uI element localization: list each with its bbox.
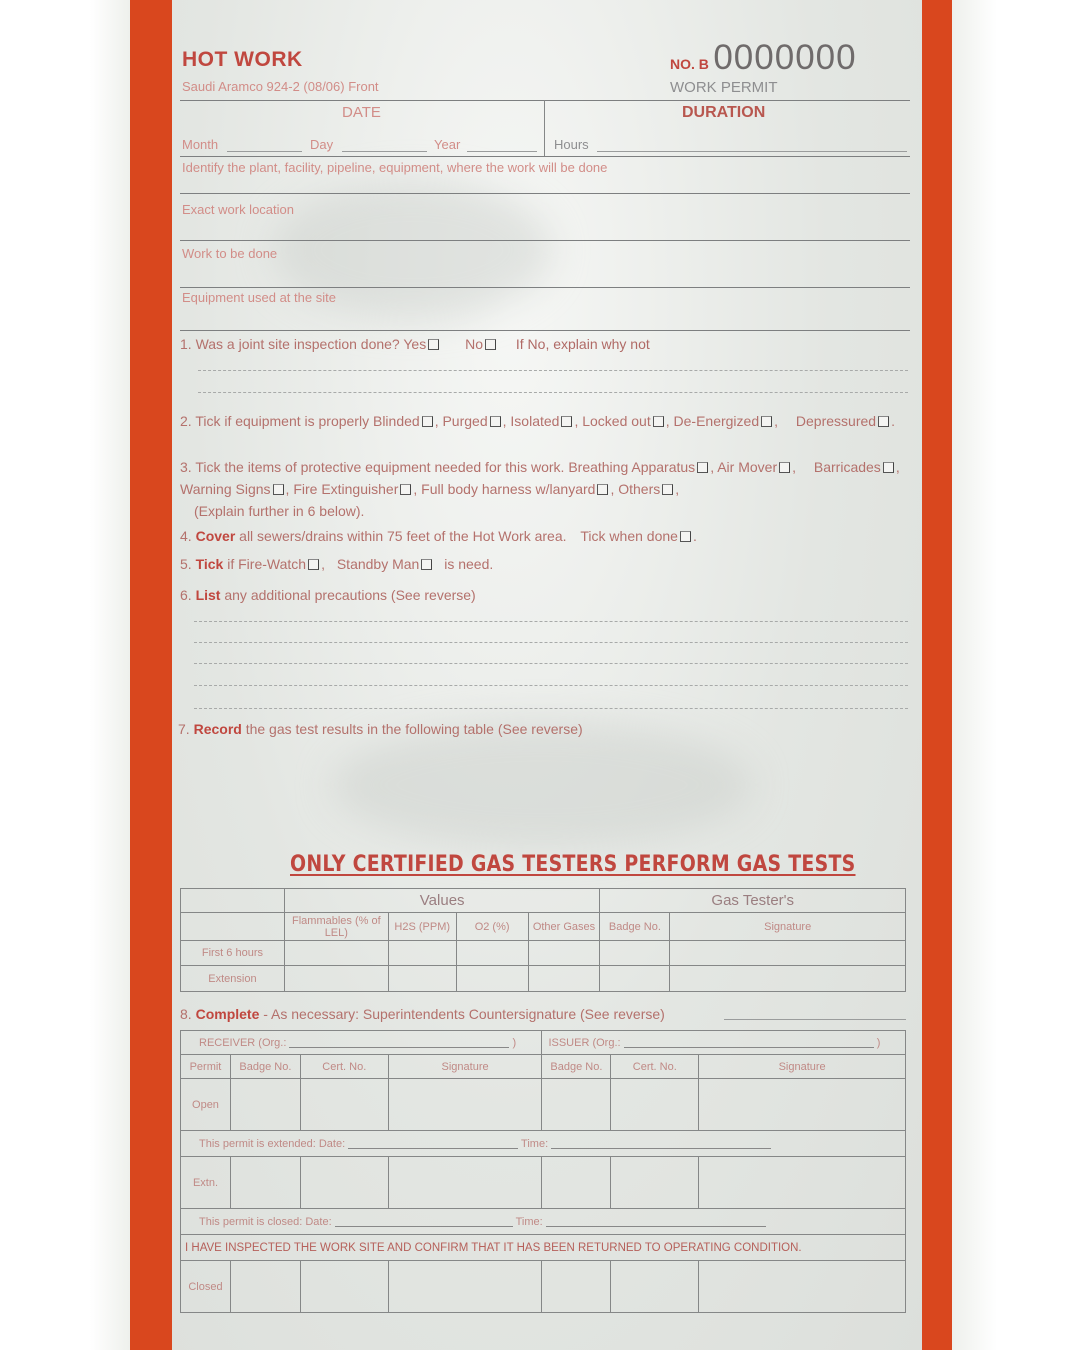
h2s-cell[interactable] xyxy=(388,966,456,992)
item-5-keyword: Tick xyxy=(196,556,224,572)
standby-man-label: Standby Man xyxy=(337,556,420,572)
extended-row: This permit is extended: Date: Time: xyxy=(181,1131,906,1157)
extended-time-field[interactable] xyxy=(551,1148,771,1149)
receiver-signature-cell[interactable] xyxy=(388,1079,542,1131)
receiver-signature-cell[interactable] xyxy=(388,1157,542,1209)
confirmation-statement: I HAVE INSPECTED THE WORK SITE AND CONFI… xyxy=(181,1235,906,1261)
air-mover-label: Air Mover xyxy=(717,459,777,475)
item-3: 3. Tick the items of protective equipmen… xyxy=(180,456,915,522)
barricades-label: Barricades xyxy=(814,456,881,478)
receiver-label: RECEIVER (Org.: xyxy=(199,1037,286,1049)
values-header: Values xyxy=(284,889,600,913)
paren: ) xyxy=(877,1037,881,1049)
blank-header xyxy=(181,889,285,913)
item-8-text: - As necessary: Superintendents Counters… xyxy=(263,1006,665,1022)
yes-checkbox[interactable] xyxy=(428,339,439,350)
paper-edge-left xyxy=(90,0,130,1350)
locked-out-label: Locked out xyxy=(582,413,651,429)
identify-instructions: Identify the plant, facility, pipeline, … xyxy=(182,160,607,175)
work-field[interactable] xyxy=(180,287,910,288)
item-8-keyword: Complete xyxy=(196,1006,260,1022)
flammables-cell[interactable] xyxy=(284,941,388,966)
item-8: 8. Complete - As necessary: Superintende… xyxy=(180,1003,665,1025)
item-1: 1. Was a joint site inspection done? Yes… xyxy=(180,333,650,355)
hours-label: Hours xyxy=(554,137,589,152)
harness-checkbox[interactable] xyxy=(597,484,608,495)
h2s-cell[interactable] xyxy=(388,941,456,966)
issuer-cert-cell[interactable] xyxy=(611,1079,699,1131)
item-2-text: 2. Tick if equipment is properly xyxy=(180,413,369,429)
issuer-signature-header: Signature xyxy=(699,1055,906,1079)
exact-location-label: Exact work location xyxy=(182,202,294,217)
issuer-badge-cell[interactable] xyxy=(542,1079,611,1131)
depressured-checkbox[interactable] xyxy=(878,416,889,427)
receiver-signature-cell[interactable] xyxy=(388,1261,542,1313)
explain-line[interactable] xyxy=(198,392,908,393)
divider xyxy=(544,100,545,156)
item-2: 2. Tick if equipment is properly Blinded… xyxy=(180,410,915,432)
issuer-signature-cell[interactable] xyxy=(699,1157,906,1209)
precautions-line[interactable] xyxy=(194,663,908,664)
permit-number-label: NO. B xyxy=(670,56,709,72)
tick-when-done-label: Tick when done xyxy=(580,528,678,544)
item-6-number: 6. xyxy=(180,587,192,603)
month-label: Month xyxy=(182,137,218,152)
permit-number-value: 0000000 xyxy=(713,38,856,77)
badge-header: Badge No. xyxy=(600,913,670,941)
fire-extinguisher-label: Fire Extinguisher xyxy=(293,481,398,497)
orange-border-left xyxy=(130,0,172,1350)
year-field[interactable] xyxy=(467,151,537,152)
countersignature-field[interactable] xyxy=(724,1019,906,1020)
divider xyxy=(180,156,910,157)
divider xyxy=(180,100,910,101)
work-label: Work to be done xyxy=(182,246,277,261)
receiver-badge-cell[interactable] xyxy=(230,1261,300,1313)
equipment-field[interactable] xyxy=(180,330,910,331)
others-checkbox[interactable] xyxy=(662,484,673,495)
others-label: Others xyxy=(618,481,660,497)
issuer-cert-cell[interactable] xyxy=(611,1157,699,1209)
hot-work-permit-form: HOT WORK Saudi Aramco 924-2 (08/06) Fron… xyxy=(172,0,922,1350)
row-label: Extn. xyxy=(181,1157,231,1209)
fire-watch-checkbox[interactable] xyxy=(308,559,319,570)
issuer-badge-cell[interactable] xyxy=(542,1261,611,1313)
item-5-number: 5. xyxy=(180,556,192,572)
item-4-keyword: Cover xyxy=(196,528,236,544)
item-4-number: 4. xyxy=(180,528,192,544)
no-checkbox[interactable] xyxy=(485,339,496,350)
year-label: Year xyxy=(434,137,460,152)
row-label: Extension xyxy=(181,966,285,992)
warning-signs-label: Warning Signs xyxy=(180,481,271,497)
receiver-org: RECEIVER (Org.: ) xyxy=(181,1031,542,1055)
warning-signs-checkbox[interactable] xyxy=(273,484,284,495)
item-4-text: all sewers/drains within 75 feet of the … xyxy=(239,528,566,544)
purged-checkbox[interactable] xyxy=(490,416,501,427)
permit-type: WORK PERMIT xyxy=(670,79,778,96)
badge-cell[interactable] xyxy=(600,966,670,992)
hours-field[interactable] xyxy=(597,151,907,152)
issuer-badge-header: Badge No. xyxy=(542,1055,611,1079)
receiver-cert-cell[interactable] xyxy=(300,1079,388,1131)
row-label: Open xyxy=(181,1079,231,1131)
signature-cell[interactable] xyxy=(670,941,906,966)
flammables-header: Flammables (% of LEL) xyxy=(284,913,388,941)
other-gases-cell[interactable] xyxy=(528,966,600,992)
item-3-text: 3. Tick the items of protective equipmen… xyxy=(180,459,564,475)
item-5-suffix: is need. xyxy=(444,556,493,572)
item-6-text: any additional precautions (See reverse) xyxy=(224,587,475,603)
receiver-signature-header: Signature xyxy=(388,1055,542,1079)
receiver-cert-header: Cert. No. xyxy=(300,1055,388,1079)
blinded-checkbox[interactable] xyxy=(422,416,433,427)
table-row: Closed xyxy=(181,1261,906,1313)
day-label: Day xyxy=(310,137,333,152)
divider xyxy=(180,193,910,194)
de-energized-checkbox[interactable] xyxy=(761,416,772,427)
issuer-signature-cell[interactable] xyxy=(699,1079,906,1131)
depressured-label: Depressured xyxy=(796,410,876,432)
closed-row: This permit is closed: Date: Time: xyxy=(181,1209,906,1235)
barricades-checkbox[interactable] xyxy=(883,462,894,473)
explain-label: If No, explain why not xyxy=(516,336,650,352)
explain-line[interactable] xyxy=(198,370,908,371)
orange-border-right xyxy=(922,0,952,1350)
air-mover-checkbox[interactable] xyxy=(779,462,790,473)
fire-extinguisher-checkbox[interactable] xyxy=(400,484,411,495)
issuer-label: ISSUER (Org.: xyxy=(548,1037,620,1049)
flammables-cell[interactable] xyxy=(284,966,388,992)
sign-off-table: RECEIVER (Org.: ) ISSUER (Org.: ) Permit… xyxy=(180,1030,906,1313)
item-7: 7. Record the gas test results in the fo… xyxy=(178,718,583,740)
closed-time-field[interactable] xyxy=(546,1226,766,1227)
receiver-cert-cell[interactable] xyxy=(300,1157,388,1209)
extended-label: This permit is extended: Date: xyxy=(199,1138,345,1150)
receiver-badge-cell[interactable] xyxy=(230,1157,300,1209)
signature-header: Signature xyxy=(670,913,906,941)
form-subtitle: Saudi Aramco 924-2 (08/06) Front xyxy=(182,79,379,94)
item-7-text: the gas test results in the following ta… xyxy=(246,721,583,737)
item-6: 6. List any additional precautions (See … xyxy=(180,584,476,606)
harness-label: Full body harness w/lanyard xyxy=(421,481,595,497)
item-5: 5. Tick if Fire-Watch, Standby Man is ne… xyxy=(180,553,493,575)
permit-number: NO. B 0000000 xyxy=(670,38,857,78)
blank-header xyxy=(181,913,285,941)
day-field[interactable] xyxy=(342,151,427,152)
badge-cell[interactable] xyxy=(600,941,670,966)
precautions-line[interactable] xyxy=(194,708,908,709)
precautions-line[interactable] xyxy=(194,642,908,643)
no-label: No xyxy=(465,336,483,352)
item-4: 4. Cover all sewers/drains within 75 fee… xyxy=(180,525,697,547)
isolated-label: Isolated xyxy=(510,413,559,429)
receiver-badge-header: Badge No. xyxy=(230,1055,300,1079)
precautions-line[interactable] xyxy=(194,685,908,686)
item-1-question: 1. Was a joint site inspection done? Yes xyxy=(180,336,426,352)
other-gases-header: Other Gases xyxy=(528,913,600,941)
item-8-number: 8. xyxy=(180,1006,192,1022)
permit-header: Permit xyxy=(181,1055,231,1079)
paper-edge-right xyxy=(952,0,997,1350)
gas-test-heading: ONLY CERTIFIED GAS TESTERS PERFORM GAS T… xyxy=(290,852,856,877)
issuer-org: ISSUER (Org.: ) xyxy=(542,1031,906,1055)
receiver-badge-cell[interactable] xyxy=(230,1079,300,1131)
table-row: Open xyxy=(181,1079,906,1131)
row-label: Closed xyxy=(181,1261,231,1313)
breathing-apparatus-label: Breathing Apparatus xyxy=(568,459,695,475)
form-title: HOT WORK xyxy=(182,48,303,72)
o2-header: O2 (%) xyxy=(456,913,528,941)
issuer-cert-cell[interactable] xyxy=(611,1261,699,1313)
locked-out-checkbox[interactable] xyxy=(653,416,664,427)
date-heading: DATE xyxy=(342,104,381,121)
item-6-keyword: List xyxy=(196,587,221,603)
isolated-checkbox[interactable] xyxy=(561,416,572,427)
paren: ) xyxy=(513,1037,517,1049)
o2-cell[interactable] xyxy=(456,966,528,992)
issuer-org-field[interactable] xyxy=(624,1047,874,1048)
issuer-cert-header: Cert. No. xyxy=(611,1055,699,1079)
fire-watch-label: if Fire-Watch xyxy=(227,556,306,572)
duration-heading: DURATION xyxy=(682,104,765,122)
h2s-header: H2S (PPM) xyxy=(388,913,456,941)
signature-cell[interactable] xyxy=(670,966,906,992)
breathing-apparatus-checkbox[interactable] xyxy=(697,462,708,473)
receiver-org-field[interactable] xyxy=(289,1047,509,1048)
extended-date-field[interactable] xyxy=(348,1148,518,1149)
exact-location-field[interactable] xyxy=(180,240,910,241)
drains-covered-checkbox[interactable] xyxy=(680,531,691,542)
other-gases-cell[interactable] xyxy=(528,941,600,966)
time-label: Time: xyxy=(521,1138,548,1150)
closed-label: This permit is closed: Date: xyxy=(199,1216,332,1228)
table-row: Extn. xyxy=(181,1157,906,1209)
item-7-keyword: Record xyxy=(194,721,242,737)
equipment-label: Equipment used at the site xyxy=(182,290,336,305)
precautions-line[interactable] xyxy=(194,621,908,622)
gas-tester-header: Gas Tester's xyxy=(600,889,906,913)
month-field[interactable] xyxy=(227,151,302,152)
o2-cell[interactable] xyxy=(456,941,528,966)
row-label: First 6 hours xyxy=(181,941,285,966)
table-row: First 6 hours xyxy=(181,941,906,966)
standby-man-checkbox[interactable] xyxy=(421,559,432,570)
de-energized-label: De-Energized xyxy=(674,413,760,429)
purged-label: Purged xyxy=(442,413,487,429)
closed-date-field[interactable] xyxy=(335,1226,513,1227)
receiver-cert-cell[interactable] xyxy=(300,1261,388,1313)
table-row: Extension xyxy=(181,966,906,992)
issuer-signature-cell[interactable] xyxy=(699,1261,906,1313)
item-7-number: 7. xyxy=(178,721,190,737)
gas-test-table: Values Gas Tester's Flammables (% of LEL… xyxy=(180,888,906,992)
item-3-note: (Explain further in 6 below). xyxy=(194,503,364,519)
time-label: Time: xyxy=(516,1216,543,1228)
blinded-label: Blinded xyxy=(373,413,420,429)
issuer-badge-cell[interactable] xyxy=(542,1157,611,1209)
